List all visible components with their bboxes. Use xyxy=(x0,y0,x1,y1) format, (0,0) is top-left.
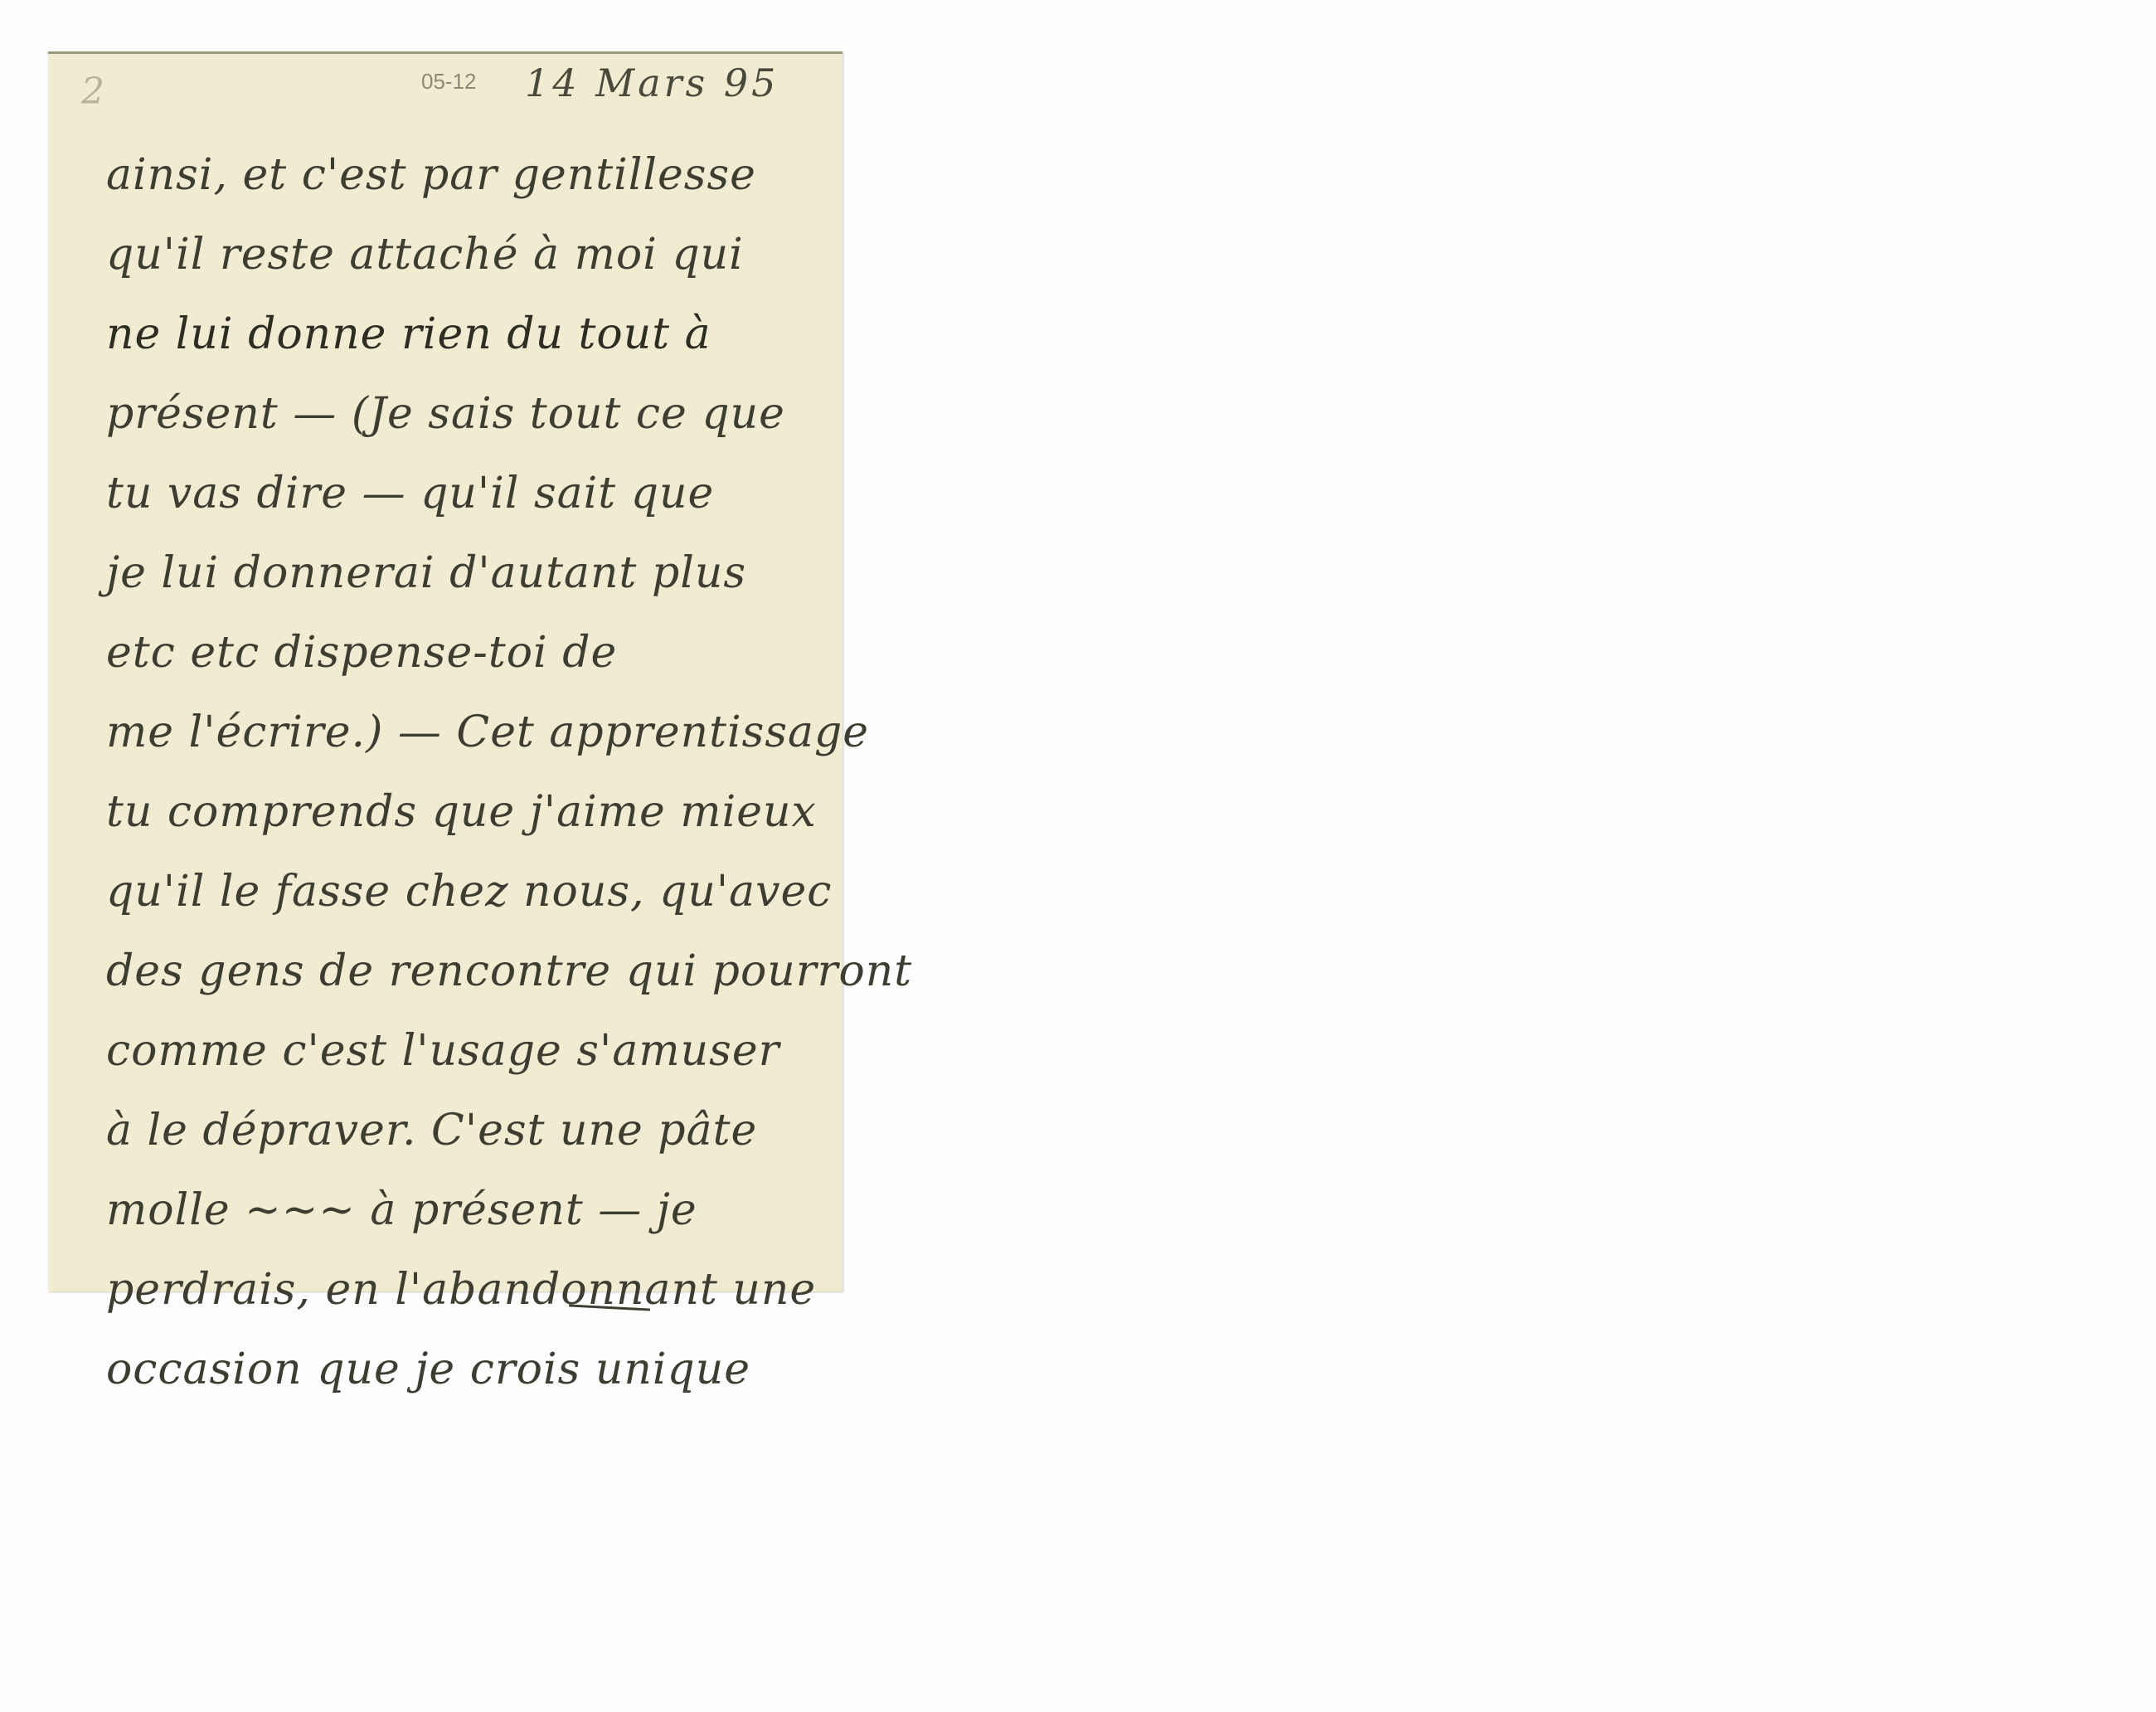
text-line: molle ~~~ à présent — je xyxy=(106,1155,836,1235)
text-line: ne lui donne rien du tout à xyxy=(106,280,836,359)
text-line: qu'il reste attaché à moi qui xyxy=(106,200,836,280)
text-line: comme c'est l'usage s'amuser xyxy=(106,996,836,1076)
text-line: tu comprends que j'aime mieux xyxy=(106,757,836,837)
text-line: occasion que je crois unique xyxy=(106,1315,836,1394)
text-line: me l'écrire.) — Cet apprentissage xyxy=(106,678,836,757)
text-line: qu'il le fasse chez nous, qu'avec xyxy=(106,837,836,917)
text-line: à le dépraver. C'est une pâte xyxy=(106,1076,836,1155)
text-line: ainsi, et c'est par gentillesse xyxy=(106,120,836,200)
scan-background: 2 05-12 14 Mars 95 ainsi, et c'est par g… xyxy=(0,0,2156,1712)
letter-date: 14 Mars 95 xyxy=(525,61,779,105)
letter-body: ainsi, et c'est par gentillesse qu'il re… xyxy=(106,120,836,1394)
text-line: tu vas dire — qu'il sait que xyxy=(106,439,836,518)
archive-reference: 05-12 xyxy=(421,69,477,95)
text-line: présent — (Je sais tout ce que xyxy=(106,359,836,439)
text-line: etc etc dispense-toi de xyxy=(106,598,836,678)
text-line: des gens de rencontre qui pourront xyxy=(106,917,836,996)
text-line: je lui donnerai d'autant plus xyxy=(106,518,836,598)
folio-number: 2 xyxy=(81,71,104,113)
letter-page: 2 05-12 14 Mars 95 ainsi, et c'est par g… xyxy=(48,51,842,1291)
text-line: perdrais, en l'abandonnant une xyxy=(106,1235,836,1315)
